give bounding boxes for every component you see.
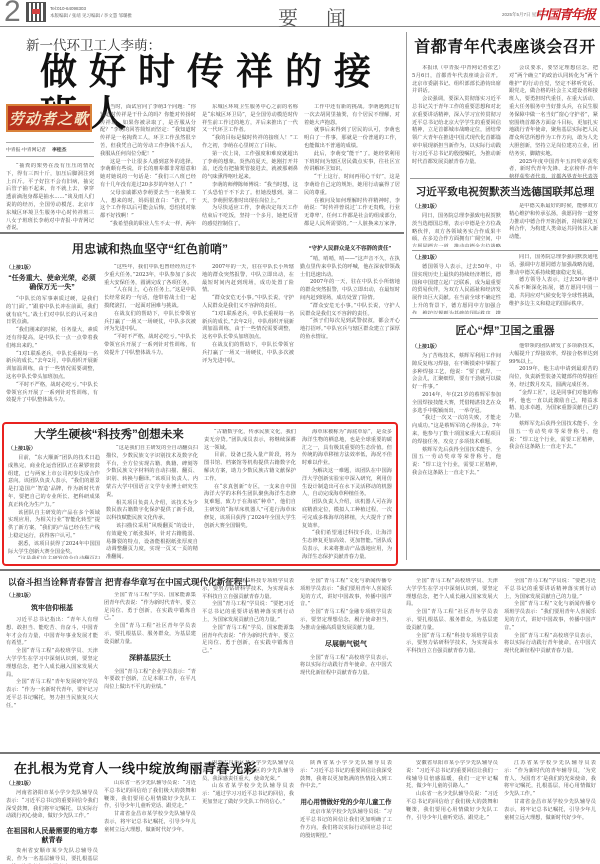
germany-congrats-article[interactable]: 习近平致电祝贺默茨当选德国联邦总理 （上接1版） 同日，国务院总理李强致电祝贺默… (412, 184, 598, 316)
youth-project-title: 以奋斗担当诠释青春誓言 把青春华章写在中国式现代化新征程上 (8, 576, 208, 588)
divider (0, 752, 600, 754)
byline: 中青报·中青网记者李桂杰 (6, 142, 94, 157)
germany-title: 习近平致电祝贺默茨当选德国联邦总理 (412, 184, 598, 199)
divider (410, 178, 598, 179)
craftsman-title: 匠心“焊”卫国之重器 (412, 322, 598, 338)
divider (412, 250, 598, 251)
highlight-box (2, 422, 398, 566)
newspaper-logo: 中国青年报 (535, 4, 595, 23)
section-name: 要闻 (278, 2, 374, 31)
youth-project-article[interactable]: 以奋斗担当诠释青春誓言 把青春华章写在中国式现代化新征程上 （上接1版） 筑牢信… (0, 574, 600, 750)
contact-info: Tel:010-64098303 本版编辑 / 张靖 见习编辑 / 李文慧 邹璐… (50, 5, 132, 19)
column-badge: 劳动者之歌 (6, 104, 92, 132)
party-youth-title: 在扎根为党育人一线中绽放绚丽青春光彩 (14, 758, 194, 777)
divider (0, 232, 404, 234)
lead-story[interactable]: 新一代环卫工人李萌： 做好时传祥的接班人 劳动者之歌 中青报·中青网记者李桂杰 … (0, 32, 402, 230)
divider (0, 569, 600, 571)
page-number: 2 (4, 0, 21, 27)
capital-youth-title: 首都青年代表座谈会召开 (412, 34, 598, 57)
qr-code-icon (26, 2, 46, 22)
divider (410, 318, 598, 319)
red-outpost-article[interactable]: 用忠诚和热血坚守“红色前哨” “守护人民群众是义不容辞的责任” “哨，哨哨，哨—… (0, 238, 402, 416)
party-youth-article[interactable]: 在扎根为党育人一线中绽放绚丽青春光彩 （上接1版） 河南省洛阳市某小学少先队辅导… (0, 756, 600, 864)
column-divider (406, 32, 407, 560)
capital-youth-article[interactable]: 首都青年代表座谈会召开 本报讯（中青报·中青网记者张艺）5月6日，首都青年代表座… (412, 32, 598, 180)
red-outpost-title: 用忠诚和热血坚守“红色前哨” (20, 240, 280, 257)
editors: 本版编辑 / 张靖 见习编辑 / 李文慧 邹璐雅 (50, 12, 132, 19)
phone: Tel:010-64098303 (50, 5, 132, 12)
craftsman-article[interactable]: 匠心“焊”卫国之重器 （上接1版） 为了苦练技术，蔡辉军利用工作间隙反复练习焊接… (412, 322, 598, 560)
masthead: 2 Tel:010-64098303 本版编辑 / 张靖 见习编辑 / 李文慧 … (0, 0, 600, 27)
